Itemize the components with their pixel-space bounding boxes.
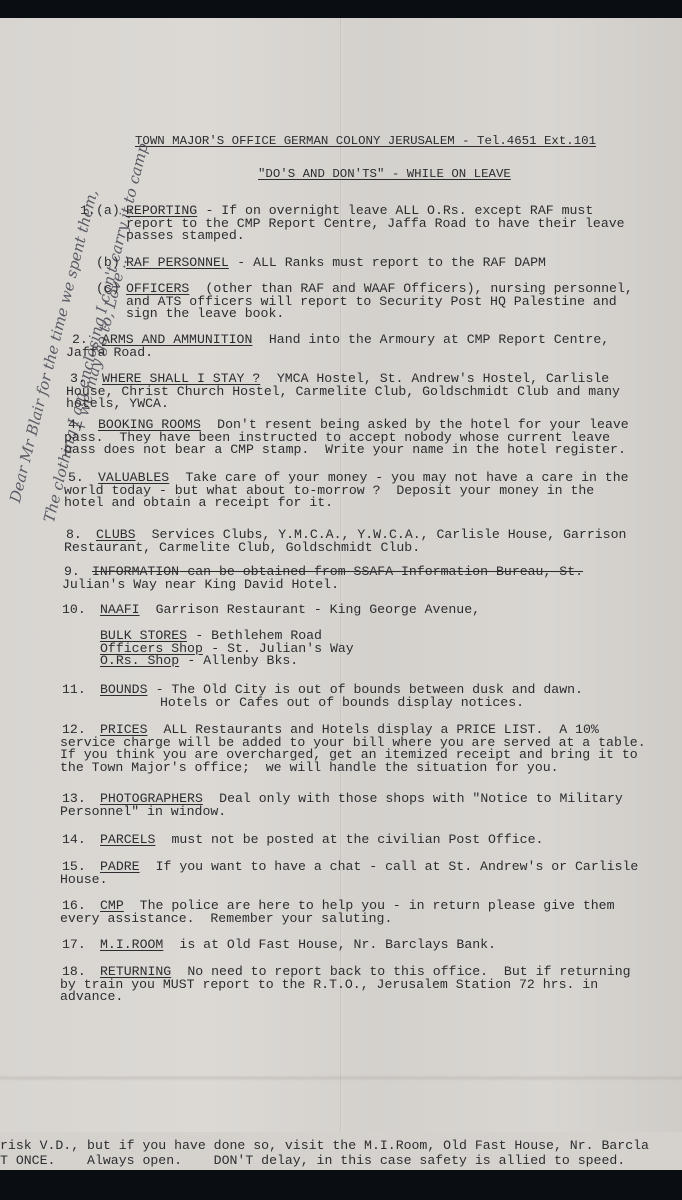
item-heading: PARCELS [100,834,155,847]
item-text-line: must not be posted at the civilian Post … [156,834,544,847]
item-text-line: pass does not bear a CMP stamp. Write yo… [64,444,626,457]
item-text-line: If you want to have a chat - call at St.… [140,861,639,874]
footer-line-2: T ONCE. Always open. DON'T delay, in thi… [0,1155,625,1168]
item-text-line: - ALL Ranks must report to the RAF DAPM [229,257,546,270]
office-header: TOWN MAJOR'S OFFICE GERMAN COLONY JERUSA… [135,135,596,148]
item-text-line: hotels, YWCA. [66,398,169,411]
item-number: 10. [62,604,86,617]
item-text-line: hotel and obtain a receipt for it. [64,497,333,510]
item-text-line: Jaffa Road. [66,347,153,360]
item-text-line: the Town Major's office; we will handle … [60,762,559,775]
item-text-line: Personnel" in window. [60,806,226,819]
item-heading: BOUNDS [100,684,147,697]
item-text-line: by train you MUST report to the R.T.O., … [60,979,598,992]
paper-fold-horizontal [0,1075,682,1081]
item-number: 17. [62,939,86,952]
item-text-line: is at Old Fast House, Nr. Barclays Bank. [164,939,496,952]
document-title: "DO'S AND DON'TS" - WHILE ON LEAVE [258,168,511,181]
item-text-line: sign the leave book. [126,308,284,321]
item-heading: RAF PERSONNEL [126,257,229,270]
item-text-line: House. [60,874,107,887]
item-text-line: Hand into the Armoury at CMP Report Cent… [253,334,609,347]
item-subletter: (c) [96,283,120,296]
item-heading: NAAFI [100,604,140,617]
naafi-subentry-text: - Allenby Bks. [180,655,299,668]
item-text-line: Restaurant, Carmelite Club, Goldschmidt … [64,542,420,555]
item-number: 14. [62,834,86,847]
naafi-subentry-heading: O.Rs. Shop [100,655,179,668]
item-subletter: (b) [96,257,120,270]
item-heading: M.I.ROOM [100,939,163,952]
item-text-line: passes stamped. [126,230,245,243]
item-number: 11. [62,684,86,697]
item-number: 1. [80,205,96,218]
item-text-line: every assistance. Remember your saluting… [60,913,392,926]
paper-fold-vertical [340,18,342,1170]
item-subletter: (a) [96,205,120,218]
item-text-line: Hotels or Cafes out of bounds display no… [160,697,524,710]
item-text-line: Deal only with those shops with "Notice … [203,793,622,806]
item-text-line: Garrison Restaurant - King George Avenue… [140,604,480,617]
footer-line-1: risk V.D., but if you have done so, visi… [0,1140,649,1153]
item-text-line: Julian's Way near King David Hotel. [62,579,339,592]
item-text-line: advance. [60,991,123,1004]
